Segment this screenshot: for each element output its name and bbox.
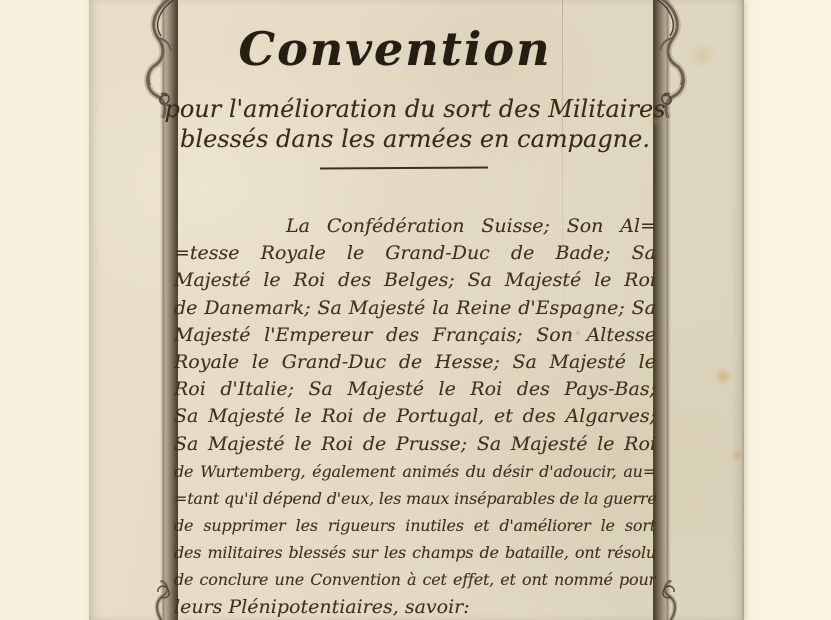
manuscript-line: Royale le Grand-Duc de Hesse; Sa Majesté…: [174, 349, 656, 376]
paper-stain: [731, 450, 743, 461]
manuscript-line: de conclure une Convention à cet effet, …: [174, 566, 656, 593]
manuscript-line: Majesté l'Empereur des Français; Son Alt…: [174, 322, 656, 349]
manuscript-line: Majesté le Roi des Belges; Sa Majesté le…: [174, 267, 656, 294]
manuscript-line: des militaires blessés sur les champs de…: [174, 539, 656, 566]
manuscript-line: de Wurtemberg, également animés du désir…: [174, 458, 656, 485]
title-divider: [320, 167, 488, 170]
subtitle-line: blessés dans les armées en campagne.: [155, 124, 675, 154]
scanned-document-view: Convention pour l'amélioration du sort d…: [0, 0, 831, 620]
manuscript-body: La Confédération Suisse; Son Al= =tesse …: [174, 213, 656, 620]
manuscript-line: leurs Plénipotentiaires, savoir:: [174, 594, 656, 620]
manuscript-line: Sa Majesté le Roi de Prusse; Sa Majesté …: [174, 431, 656, 458]
manuscript-line: de Danemark; Sa Majesté la Reine d'Espag…: [174, 295, 656, 322]
document-title: Convention: [154, 24, 636, 75]
manuscript-line: La Confédération Suisse; Son Al=: [174, 213, 656, 240]
manuscript-line: =tant qu'il dépend d'eux, les maux insép…: [174, 485, 656, 512]
manuscript-line: Roi d'Italie; Sa Majesté le Roi des Pays…: [174, 376, 656, 403]
manuscript-line: =tesse Royale le Grand-Duc de Bade; Sa: [174, 240, 656, 267]
subtitle-line: pour l'amélioration du sort des Militair…: [155, 94, 675, 124]
paper-stain: [713, 368, 733, 385]
document-subtitle: pour l'amélioration du sort des Militair…: [155, 94, 675, 154]
manuscript-line: de supprimer les rigueurs inutiles et d'…: [174, 512, 656, 539]
manuscript-page: Convention pour l'amélioration du sort d…: [89, 0, 744, 620]
manuscript-line: Sa Majesté le Roi de Portugal, et des Al…: [174, 403, 656, 430]
paper-stain: [687, 42, 717, 68]
